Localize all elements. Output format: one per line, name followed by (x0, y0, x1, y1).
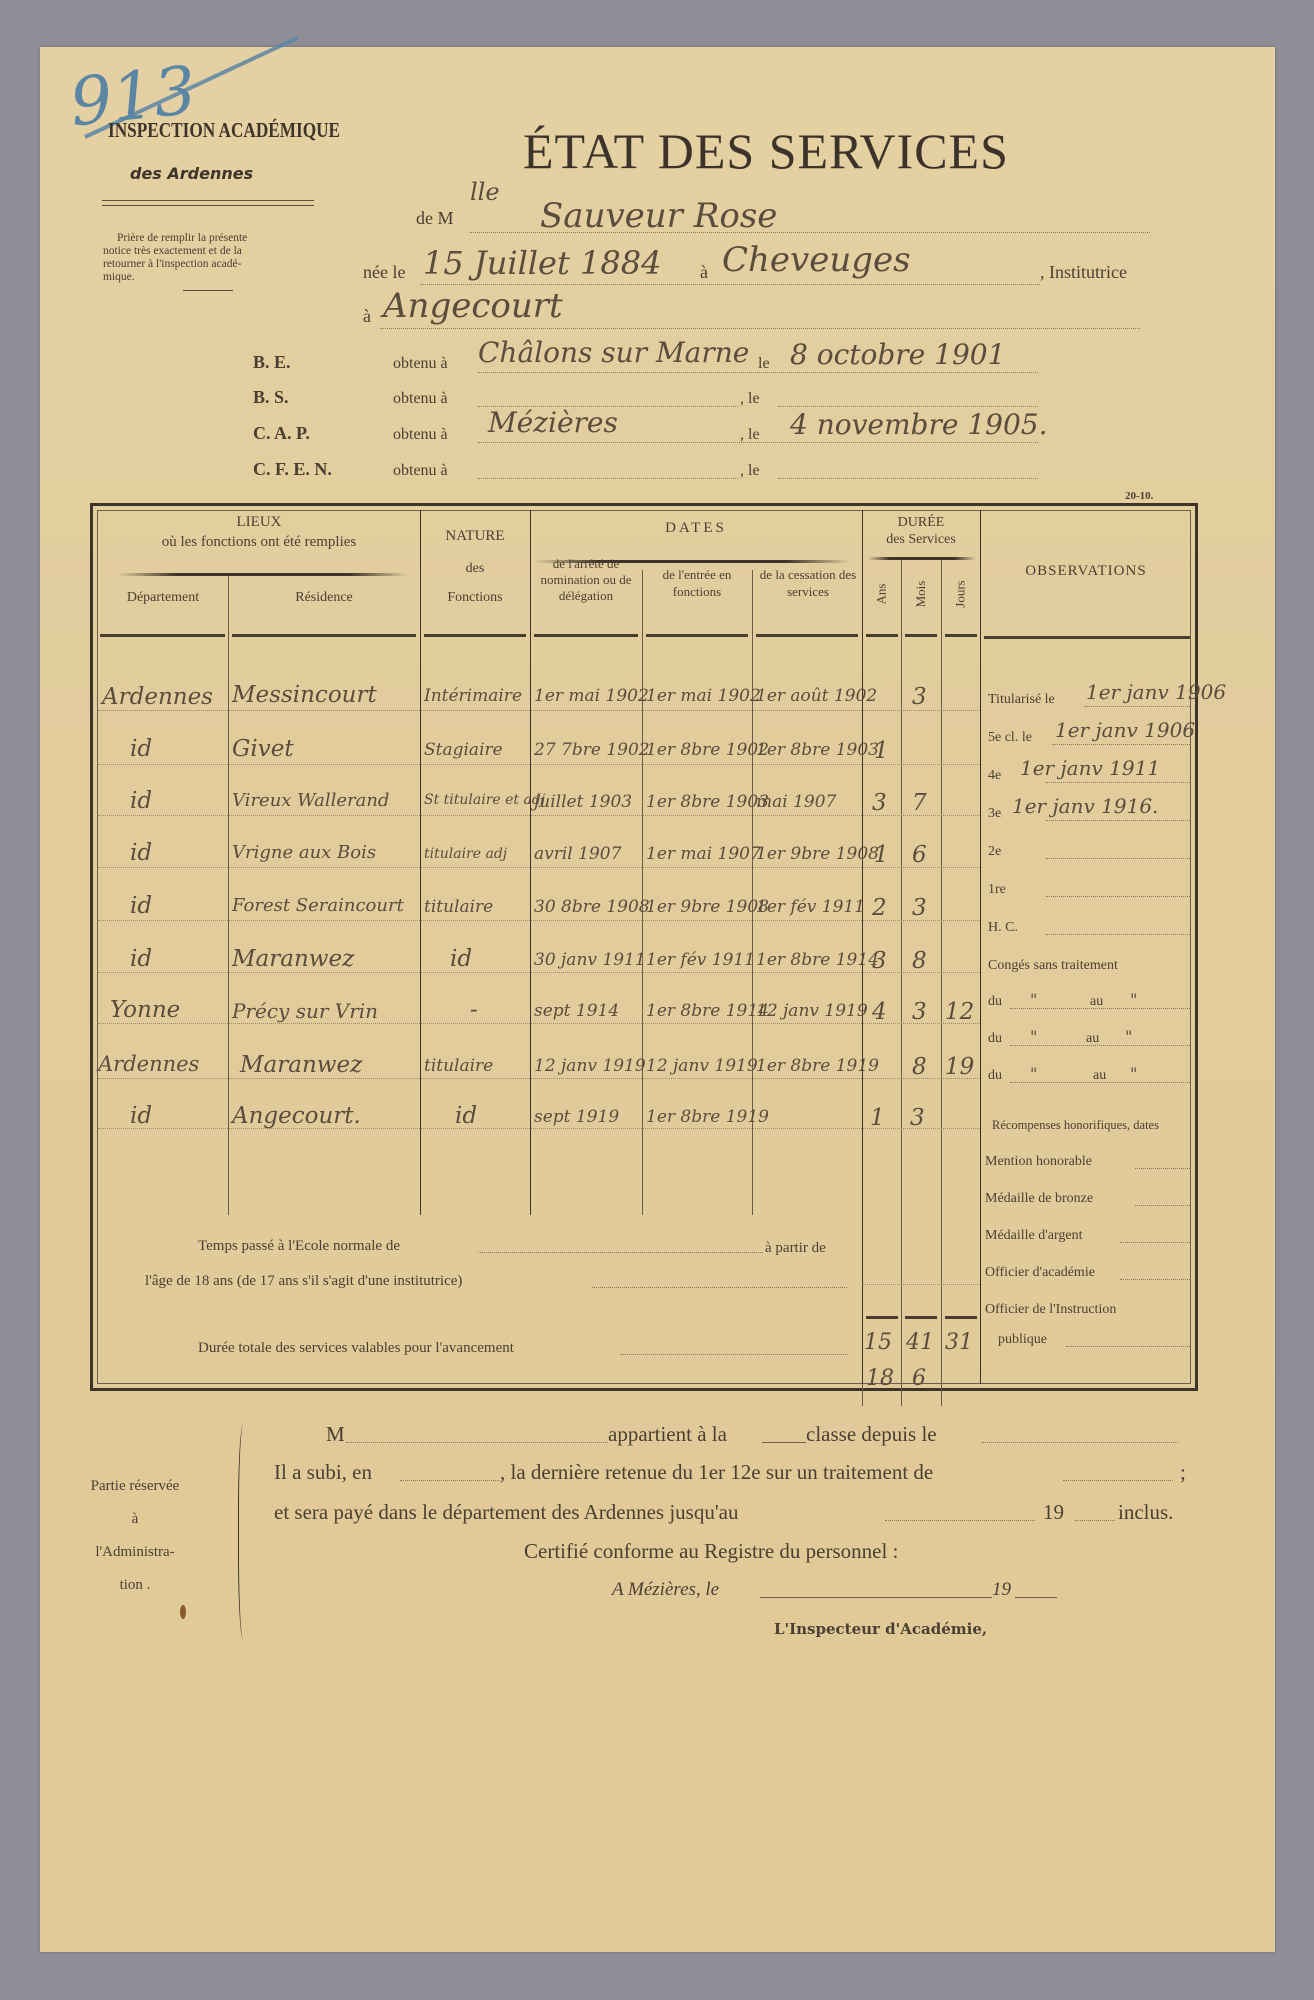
de-m-label: de M (416, 208, 454, 229)
admin-side-label: Partie réservée à l'Administra- tion . (85, 1470, 185, 1602)
birth-a-label: à (700, 262, 708, 283)
total-label: Durée totale des services valables pour … (198, 1340, 514, 1357)
page-title: ÉTAT DES SERVICES (523, 122, 1009, 180)
admin-subi-label: Il a subi, en (274, 1460, 372, 1485)
admin-classe-label: classe depuis le (806, 1422, 937, 1447)
row-rule (862, 1284, 980, 1285)
diploma-date-value[interactable]: 4 novembre 1905. (790, 408, 1047, 441)
admin-subi-year-field[interactable] (400, 1480, 500, 1481)
titularise-label: Titularisé le (988, 692, 1055, 708)
conges-du-value[interactable]: " (1030, 990, 1037, 1009)
name-value[interactable]: Sauveur Rose (540, 196, 777, 236)
recompense-field[interactable] (1120, 1242, 1190, 1243)
header-arrete: de l'arrêté de nomination ou de délégati… (532, 556, 640, 604)
posting-label: à (363, 306, 371, 327)
diploma-le-label: , le (740, 462, 760, 480)
header-nature-des: des (420, 560, 530, 577)
col-divider (228, 575, 229, 1215)
signature-year-field[interactable] (1015, 1597, 1057, 1598)
cell-cessation[interactable]: mai 1907 (756, 792, 836, 812)
ink-stain (180, 1605, 186, 1619)
header-observations: OBSERVATIONS (980, 563, 1192, 580)
cell-nature[interactable]: Stagiaire (424, 740, 503, 760)
cell-entree[interactable]: 1er mai 1902 (646, 686, 761, 706)
col-divider (420, 510, 421, 1215)
header-duree: DURÉE (862, 514, 980, 531)
cell-entree[interactable]: 1er 8bre 1903 (646, 792, 769, 812)
cell-residence[interactable]: Givet (232, 736, 294, 762)
recompense-label-cont: publique (998, 1332, 1047, 1348)
cell-departement[interactable]: Ardennes (98, 1052, 199, 1076)
cell-entree[interactable]: 12 janv 1919 (646, 1056, 758, 1076)
admin-year-field[interactable] (1075, 1520, 1115, 1521)
total-dots (620, 1354, 848, 1355)
recompense-label: Mention honorable (985, 1154, 1092, 1170)
ecole-normale-label: Temps passé à l'Ecole normale de (198, 1238, 400, 1255)
cell-entree[interactable]: 1er 8bre 1914 (646, 1001, 769, 1021)
obs-line (1052, 744, 1190, 745)
conges-du-label: du (988, 994, 1002, 1010)
diploma-code: C. F. E. N. (253, 459, 332, 480)
conges-du-value[interactable]: " (1030, 1064, 1037, 1083)
recompense-label: Médaille d'argent (985, 1228, 1083, 1244)
cell-nature[interactable]: - (470, 997, 478, 1023)
stamp-notice: Prière de remplir la présente notice trè… (103, 232, 315, 284)
row-rule (98, 867, 980, 868)
cell-residence[interactable]: Vrigne aux Bois (232, 842, 376, 863)
diploma-date-field[interactable] (778, 478, 1038, 479)
col-divider (980, 510, 981, 1384)
cell-mois[interactable]: 3 (910, 1105, 925, 1131)
ecole-normale-field[interactable] (478, 1252, 763, 1253)
cell-cessation[interactable]: 1er 9bre 1908 (756, 844, 879, 864)
class-hc-label: H. C. (988, 920, 1018, 936)
total-rule (866, 1316, 898, 1319)
obs-line (1046, 782, 1190, 783)
header-cessation: de la cessation des services (756, 566, 860, 600)
header-lieux: LIEUX (98, 514, 420, 531)
diploma-date-value[interactable]: 8 octobre 1901 (790, 338, 1005, 371)
diploma-obtenu-label: obtenu à (393, 390, 448, 408)
birth-place-value[interactable]: Cheveuges (722, 240, 911, 280)
class-1-field[interactable] (1046, 896, 1190, 897)
nee-label: née le (363, 262, 405, 283)
recompense-label: Médaille de bronze (985, 1191, 1093, 1207)
admin-semicolon: ; (1180, 1460, 1186, 1485)
ecole-normale-from: à partir de (765, 1240, 826, 1257)
posting-value[interactable]: Angecourt (383, 286, 563, 326)
total-ans[interactable]: 15 (864, 1330, 892, 1355)
header-mois: Mois (913, 574, 929, 614)
header-departement: Département (98, 589, 228, 606)
duree-brace (868, 557, 976, 560)
diploma-code: B. E. (253, 352, 291, 373)
cell-nature[interactable]: titulaire adj (424, 846, 507, 862)
cell-residence[interactable]: Messincourt (232, 682, 377, 708)
header-nature: NATURE (420, 528, 530, 545)
conges-label: Congés sans traitement (988, 958, 1118, 974)
cell-ans[interactable]: 1 (870, 1105, 885, 1131)
col-divider (862, 510, 863, 1384)
cell-entree[interactable]: 1er fév 1911 (646, 950, 755, 970)
cell-jours[interactable]: 19 (945, 1054, 974, 1080)
header-nature-fonctions: Fonctions (420, 589, 530, 606)
class-4-label: 4e (988, 768, 1001, 784)
cell-ans[interactable]: 3 (872, 790, 887, 816)
header-rule (905, 634, 937, 637)
admin-m-label: M (326, 1422, 345, 1447)
header-rule (984, 636, 1190, 639)
col-divider (901, 1384, 902, 1406)
signature-year-prefix: 19 (992, 1579, 1011, 1601)
header-rule (646, 634, 748, 637)
cell-mois[interactable]: 7 (912, 790, 927, 816)
header-jours: Jours (953, 575, 969, 614)
cell-ans[interactable]: 4 (872, 999, 887, 1025)
diploma-obtenu-label: obtenu à (393, 462, 448, 480)
notice-rule (183, 290, 233, 291)
total-rule (905, 1316, 937, 1319)
header-dates: DATES (530, 520, 862, 537)
header-rule (424, 634, 526, 637)
cell-entree[interactable]: 1er mai 1907 (646, 844, 761, 864)
total-mois[interactable]: 41 (906, 1330, 934, 1355)
header-lieux-sub: où les fonctions ont été remplies (98, 534, 420, 551)
diploma-le-label: le (758, 355, 770, 373)
lieu-label: A Mézières, le (612, 1579, 719, 1601)
row-rule (98, 764, 980, 765)
col-divider (642, 570, 643, 1215)
cell-arrete[interactable]: 12 janv 1919 (534, 1056, 646, 1076)
cell-mois[interactable]: 3 (912, 684, 927, 710)
admin-retenue-label: , la dernière retenue du 1er 12e sur un … (500, 1460, 933, 1485)
header-duree-sub: des Services (862, 531, 980, 548)
cell-residence[interactable]: Maranwez (232, 946, 354, 972)
cell-nature[interactable]: Intérimaire (424, 686, 522, 706)
header-rule (100, 634, 225, 637)
total-final-mois[interactable]: 6 (912, 1366, 926, 1391)
diploma-date-field[interactable] (778, 406, 1038, 407)
cell-nature[interactable]: titulaire (424, 897, 493, 917)
conges-du-label: du (988, 1068, 1002, 1084)
cell-departement[interactable]: id (130, 788, 152, 814)
birth-date-value[interactable]: 15 Juillet 1884 (423, 244, 661, 282)
total-rule (945, 1316, 977, 1319)
role-label: , Institutrice (1040, 262, 1127, 283)
cell-entree[interactable]: 1er 8bre 1919 (646, 1107, 769, 1127)
cell-entree[interactable]: 1er 9bre 1908 (646, 897, 769, 917)
row-rule (98, 1128, 980, 1129)
cell-entree[interactable]: 1er 8bre 1902 (646, 740, 769, 760)
cell-mois[interactable]: 3 (912, 999, 927, 1025)
header-rule (756, 634, 858, 637)
header-entree: de l'entrée en fonctions (648, 566, 746, 600)
cell-departement[interactable]: id (130, 893, 152, 919)
diploma-place-value[interactable]: Mézières (488, 406, 618, 439)
header-rule (232, 634, 416, 637)
total-jours[interactable]: 31 (945, 1330, 973, 1355)
col-divider (941, 1384, 942, 1406)
obs-line (1010, 1082, 1190, 1083)
cell-residence[interactable]: Maranwez (240, 1052, 362, 1078)
cell-cessation[interactable]: 1er 8bre 1919 (756, 1056, 879, 1076)
stamp-rule (102, 205, 314, 206)
admin-name-field[interactable] (346, 1442, 608, 1443)
cell-nature[interactable]: id (450, 946, 472, 972)
cell-arrete[interactable]: 27 7bre 1902 (534, 740, 650, 760)
signature-date-field[interactable] (760, 1597, 992, 1598)
total-final-ans[interactable]: 18 (866, 1366, 894, 1391)
cell-departement[interactable]: id (130, 736, 152, 762)
row-rule (98, 972, 980, 973)
recompenses-heading: Récompenses honorifiques, dates (992, 1118, 1159, 1133)
admin-appartient-label: appartient à la (608, 1422, 727, 1447)
diploma-line (478, 442, 1038, 443)
cell-ans[interactable]: 3 (872, 948, 887, 974)
recompense-label: Officier d'académie (985, 1265, 1095, 1281)
conges-au-value[interactable]: " (1130, 990, 1137, 1009)
admin-jusqu-field[interactable] (885, 1520, 1035, 1521)
recompense-label: Officier de l'Instruction (985, 1302, 1116, 1318)
obs-line (1010, 1045, 1190, 1046)
birth-line (420, 284, 1040, 285)
cell-nature[interactable]: St titulaire et adj (424, 792, 545, 808)
cell-mois[interactable]: 3 (912, 895, 927, 921)
cell-arrete[interactable]: 30 8bre 1908 (534, 897, 650, 917)
diploma-obtenu-label: obtenu à (393, 426, 448, 444)
form-reference: 20-10. (1125, 490, 1153, 502)
cell-departement[interactable]: id (130, 1103, 152, 1129)
cell-cessation[interactable]: 1er fév 1911 (756, 897, 865, 917)
admin-classe-field[interactable] (762, 1442, 806, 1443)
cell-departement[interactable]: id (130, 840, 152, 866)
cell-arrete[interactable]: juillet 1903 (534, 792, 632, 812)
cell-jours[interactable]: 12 (945, 999, 974, 1025)
class-4-value[interactable]: 1er janv 1911 (1020, 756, 1160, 780)
cell-ans[interactable]: 2 (872, 895, 887, 921)
cell-cessation[interactable]: 1er août 1902 (756, 686, 877, 706)
diploma-code: C. A. P. (253, 423, 310, 444)
header-rule (534, 634, 638, 637)
admin-traitement-field[interactable] (1063, 1480, 1173, 1481)
cell-mois[interactable]: 8 (912, 1054, 927, 1080)
cell-arrete[interactable]: 1er mai 1902 (534, 686, 649, 706)
row-rule (98, 1023, 980, 1024)
col-divider (862, 1384, 863, 1406)
header-residence: Résidence (228, 589, 420, 606)
diploma-le-label: , le (740, 390, 760, 408)
class-3-label: 3e (988, 806, 1001, 822)
row-rule (98, 710, 980, 711)
signature-title: L'Inspecteur d'Académie, (774, 1620, 987, 1638)
admin-year-prefix: 19 (1043, 1500, 1064, 1525)
cell-ans[interactable]: 1 (874, 842, 889, 868)
cell-arrete[interactable]: sept 1914 (534, 1001, 619, 1021)
ecole-normale-dots (592, 1287, 847, 1288)
header-rule (945, 634, 977, 637)
recompense-field[interactable] (1066, 1346, 1190, 1347)
row-rule (98, 1078, 980, 1079)
diploma-obtenu-label: obtenu à (393, 355, 448, 373)
lieux-brace (118, 573, 408, 576)
stamp-subtitle: des Ardennes (130, 164, 253, 183)
cell-mois[interactable]: 6 (912, 842, 927, 868)
class-hc-field[interactable] (1046, 934, 1190, 935)
cell-arrete[interactable]: sept 1919 (534, 1107, 619, 1127)
diploma-line (478, 372, 1038, 373)
admin-paye-label: et sera payé dans le département des Ard… (274, 1500, 738, 1525)
cell-departement[interactable]: id (130, 946, 152, 972)
obs-line (1084, 706, 1190, 707)
header-rule (866, 634, 898, 637)
conges-du-label: du (988, 1031, 1002, 1047)
admin-inclus-label: inclus. (1118, 1500, 1173, 1525)
cell-ans[interactable]: 1 (874, 738, 889, 764)
class-5-label: 5e cl. le (988, 730, 1032, 746)
class-2-label: 2e (988, 844, 1001, 860)
cell-arrete[interactable]: avril 1907 (534, 844, 621, 864)
cell-residence[interactable]: Forest Seraincourt (232, 895, 404, 916)
cell-mois[interactable]: 8 (912, 948, 927, 974)
admin-brace (238, 1425, 251, 1640)
conges-au-value[interactable]: " (1130, 1064, 1137, 1083)
class-3-value[interactable]: 1er janv 1916. (1012, 794, 1158, 818)
salutation-value: lle (470, 178, 500, 206)
stamp-rule (102, 200, 314, 201)
posting-line (380, 328, 1140, 329)
certifie-text: Certifié conforme au Registre du personn… (524, 1539, 898, 1564)
row-rule (98, 815, 980, 816)
cell-nature[interactable]: id (455, 1103, 477, 1129)
cell-departement[interactable]: Ardennes (102, 684, 213, 710)
diploma-place-value[interactable]: Châlons sur Marne (478, 336, 749, 369)
recompense-field[interactable] (1120, 1279, 1190, 1280)
diploma-place-field[interactable] (478, 478, 738, 479)
stamp-title: INSPECTION ACADÉMIQUE (108, 118, 340, 143)
cell-residence[interactable]: Angecourt. (232, 1103, 361, 1129)
cell-residence[interactable]: Précy sur Vrin (232, 999, 378, 1023)
cell-residence[interactable]: Vireux Wallerand (232, 790, 389, 811)
obs-line (1010, 1008, 1190, 1009)
recompense-field[interactable] (1135, 1168, 1190, 1169)
row-rule (98, 920, 980, 921)
header-ans: Ans (874, 575, 890, 614)
diploma-code: B. S. (253, 387, 289, 408)
cell-nature[interactable]: titulaire (424, 1056, 493, 1076)
recompense-field[interactable] (1135, 1205, 1190, 1206)
cell-departement[interactable]: Yonne (110, 997, 180, 1023)
cell-cessation[interactable]: 12 janv 1919 (756, 1001, 868, 1021)
ecole-normale-age-label: l'âge de 18 ans (de 17 ans s'il s'agit d… (145, 1273, 462, 1290)
admin-depuis-field[interactable] (982, 1442, 1178, 1443)
conges-du-value[interactable]: " (1030, 1027, 1037, 1046)
obs-line (1046, 820, 1190, 821)
conges-au-value[interactable]: " (1125, 1027, 1132, 1046)
col-divider (530, 510, 531, 1215)
cell-cessation[interactable]: 1er 8bre 1914 (756, 950, 879, 970)
cell-cessation[interactable]: 1er 8bre 1903 (756, 740, 879, 760)
name-line (470, 232, 1150, 233)
class-2-field[interactable] (1046, 858, 1190, 859)
cell-arrete[interactable]: 30 janv 1911 (534, 950, 646, 970)
class-5-value[interactable]: 1er janv 1906 (1055, 718, 1195, 742)
titularise-value[interactable]: 1er janv 1906 (1086, 680, 1226, 704)
class-1-label: 1re (988, 882, 1006, 898)
